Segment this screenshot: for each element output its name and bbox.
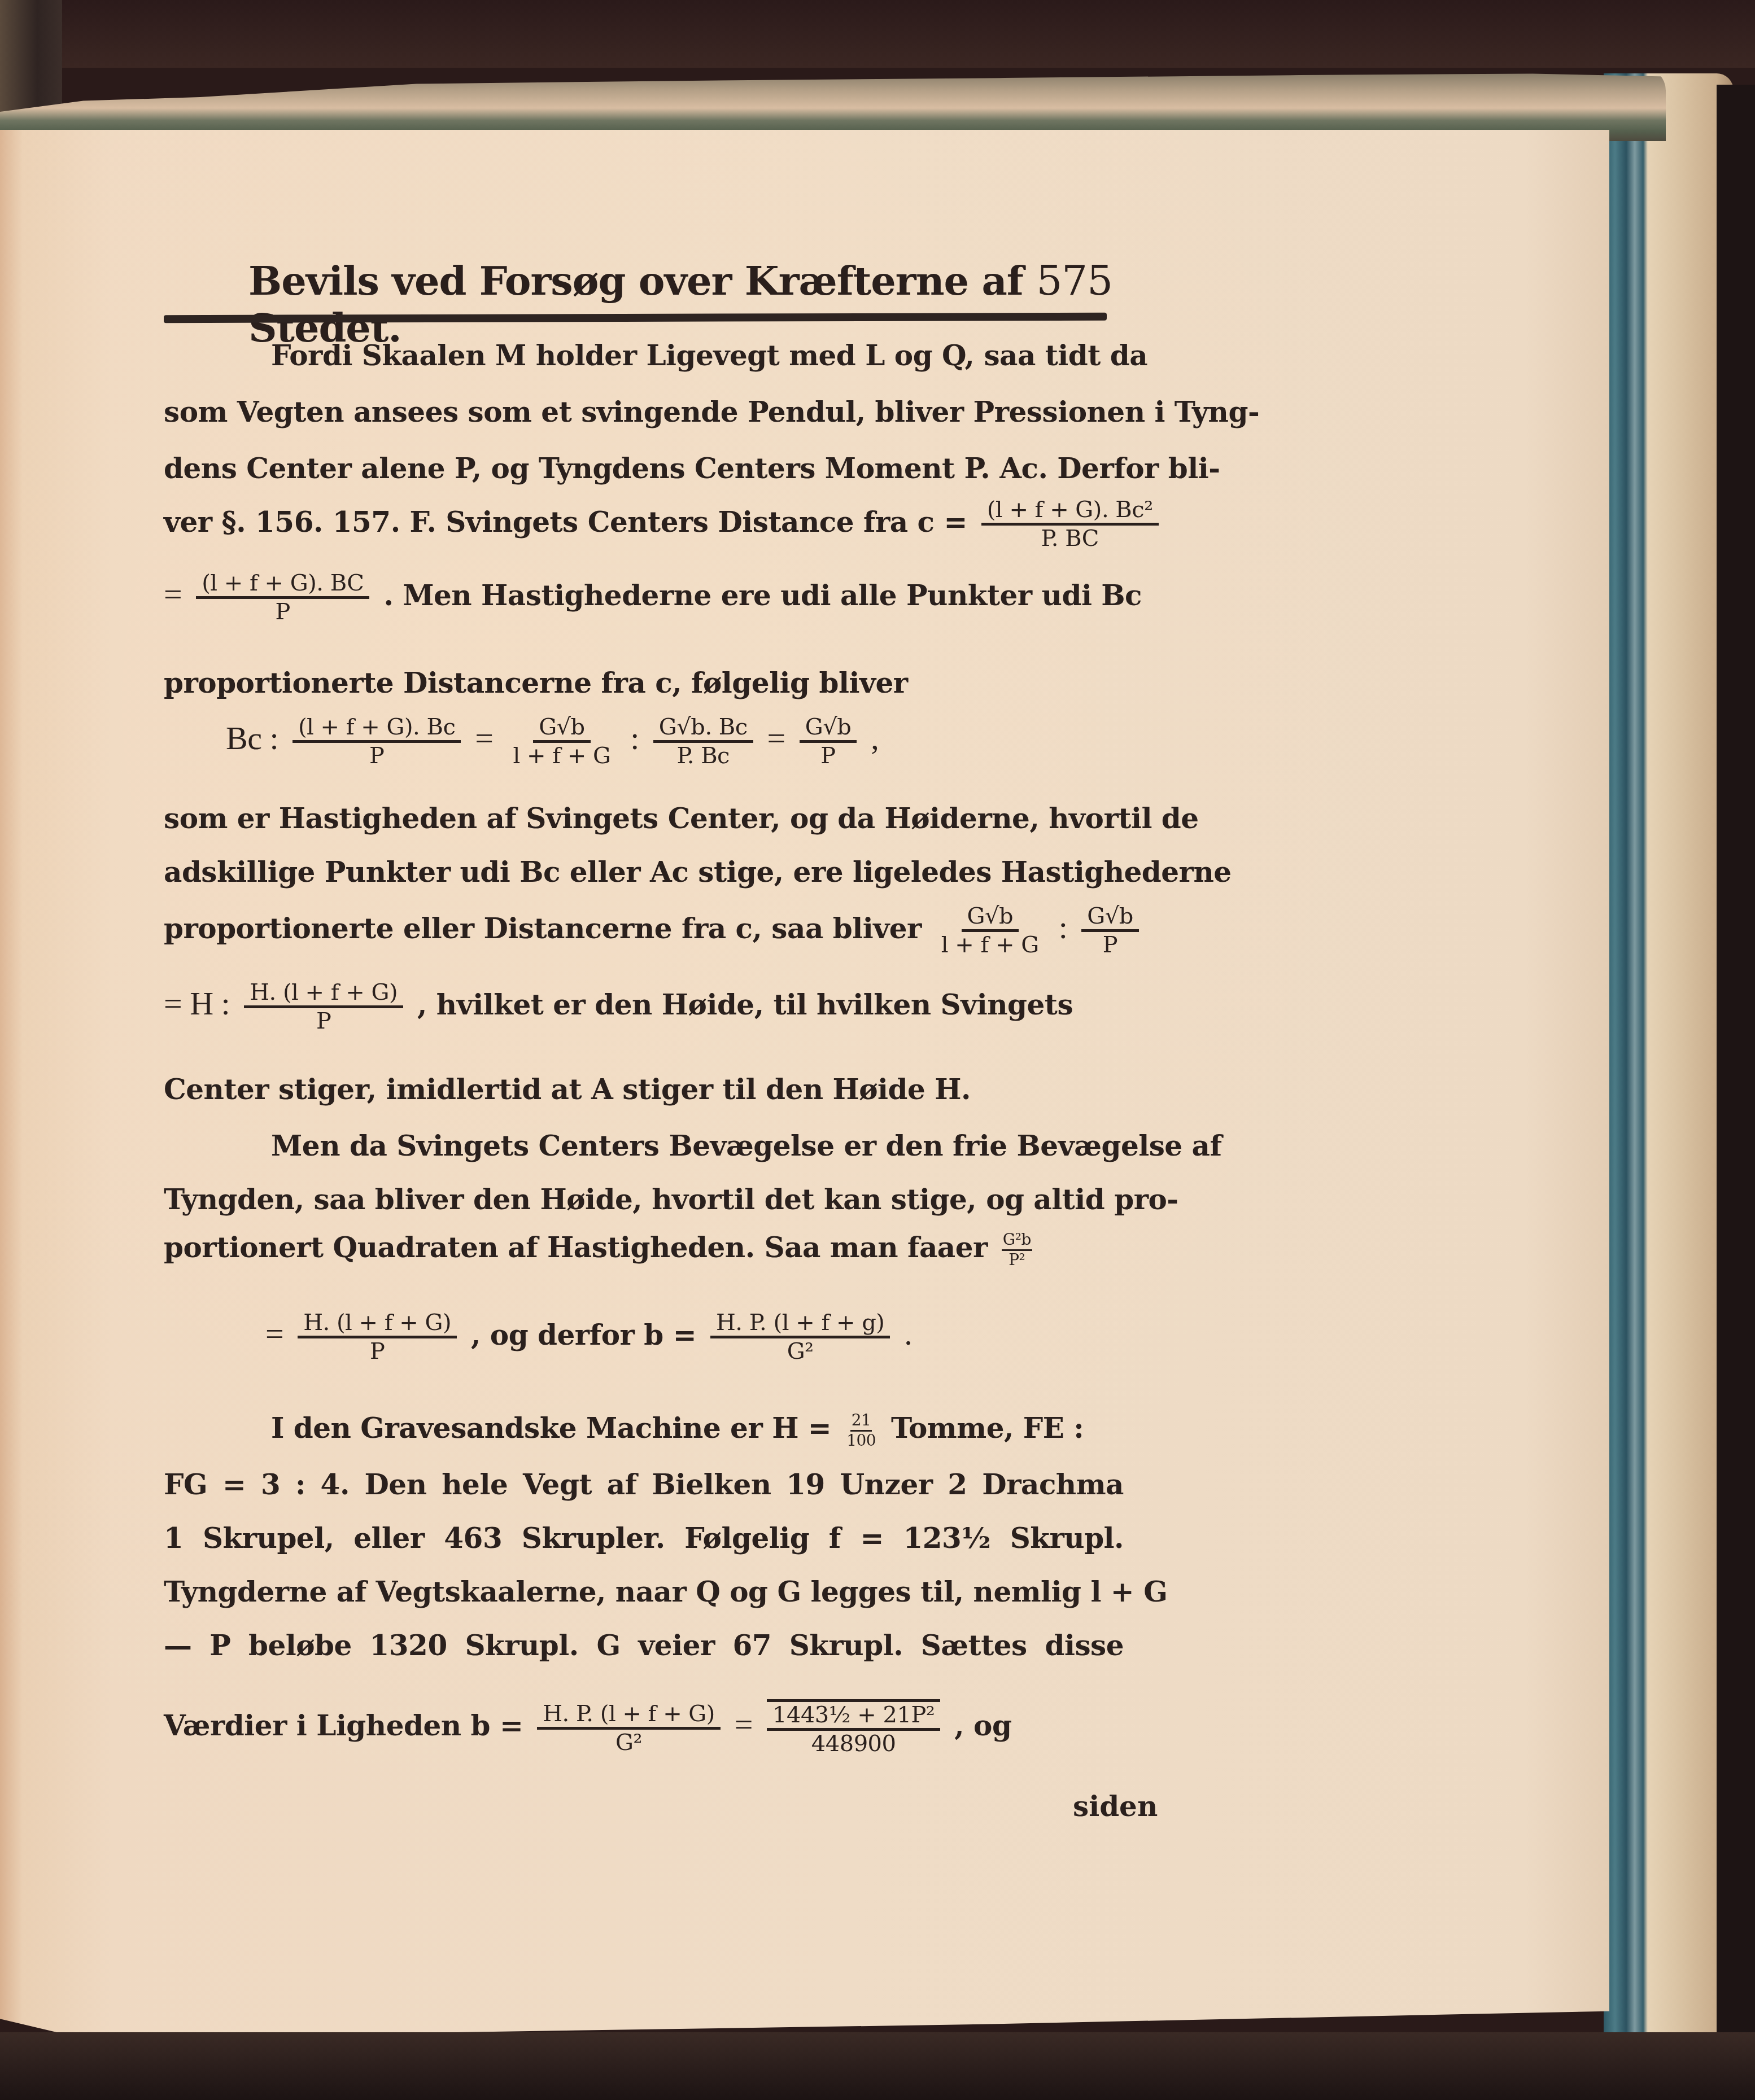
equals-sign: = [735,1706,753,1743]
background-bottom [0,2032,1755,2100]
numerator: H. P. (l + f + G) [537,1701,721,1730]
denominator: P² [1007,1251,1026,1269]
equals-sign: = [265,1315,283,1352]
equation-line: I den Gravesandske Machine er H = 21 100… [164,1411,1124,1450]
text-line: 1 Skrupel, eller 463 Skrupler. Følgelig … [164,1521,1124,1555]
page-number: 575 [1037,257,1112,304]
denominator: G² [610,1730,648,1756]
text-line: — P beløbe 1320 Skrupl. G veier 67 Skrup… [164,1629,1124,1662]
ratio-sign: : [630,720,639,756]
text-line: Center stiger, imidlertid at A stiger ti… [164,1073,1124,1106]
math-term: Bc : [226,720,278,756]
fraction: H. (l + f + G) P [298,1310,457,1364]
equation-line: portionert Quadraten af Hastigheden. Saa… [164,1231,1124,1269]
equation-line: = H. (l + f + G) P , og derfor b = H. P.… [265,1310,1056,1364]
numerator: (l + f + G). Bc [292,714,461,743]
fraction: (l + f + G). BC P [196,570,369,625]
denominator: P [311,1008,337,1034]
denominator: P [270,599,296,625]
numerator: 21 [850,1411,872,1431]
denominator: P [364,743,390,769]
equation-line: = H : H. (l + f + G) P , hvilket er den … [164,979,1124,1034]
text-span: Værdier i Ligheden b = [164,1709,523,1742]
text-span: ver §. 156. 157. F. Svingets Centers Dis… [164,505,967,539]
fraction: G√b P [800,714,857,769]
equation-line: Værdier i Ligheden b = H. P. (l + f + G)… [164,1699,1124,1757]
numerator: (l + f + G). BC [196,570,369,599]
text-line: som er Hastigheden af Svingets Center, o… [164,802,1124,835]
text-span: , og [954,1709,1011,1742]
text-span: . Men Hastighederne ere udi alle Punkter… [383,579,1142,612]
catchword: siden [1073,1790,1158,1823]
denominator: G² [782,1338,819,1364]
fraction: G√b l + f + G [507,714,616,769]
numerator: G√b [1081,903,1139,932]
text-line: som Vegten ansees som et svingende Pendu… [164,395,1124,428]
running-header: Bevils ved Forsøg over Kræfterne af Sted… [248,257,1112,351]
numerator: G√b [533,714,591,743]
numerator: G²b [1002,1231,1032,1250]
numerator: G√b. Bc [653,714,753,743]
text-span: proportionerte eller Distancerne fra c, … [164,912,922,945]
fraction: G√b. Bc P. Bc [653,714,753,769]
equals-sign: = [767,720,785,756]
numerator: G√b [800,714,857,743]
text-line: Fordi Skaalen M holder Ligevegt med L og… [164,339,1124,372]
text-line: Tyngderne af Vegtskaalerne, naar Q og G … [164,1575,1124,1608]
text-line: Men da Svingets Centers Bevægelse er den… [164,1129,1124,1162]
text-line: adskillige Punkter udi Bc eller Ac stige… [164,855,1124,889]
period: . [904,1315,912,1352]
equation-line: proportionerte eller Distancerne fra c, … [164,903,1124,958]
equation-line: ver §. 156. 157. F. Svingets Centers Dis… [164,497,1124,552]
math-term: = H : [164,985,230,1022]
fraction: (l + f + G). Bc P [292,714,461,769]
comma: , [871,720,879,756]
text-span: Tomme, FE : [891,1411,1084,1445]
fraction: (l + f + G). Bc² P. BC [981,497,1159,552]
denominator: P. Bc [671,743,735,769]
page-fore-edge [1604,73,1734,2049]
fraction: H. P. (l + f + G) G² [537,1701,721,1756]
background-right [1717,85,1755,2060]
book-cover-top [0,0,1755,68]
fraction: H. P. (l + f + g) G² [710,1310,890,1364]
equals-sign: = [164,576,182,613]
numerator: G√b [962,903,1019,932]
ratio-sign: : [1059,909,1068,946]
denominator: P [1097,932,1123,958]
denominator: P [364,1338,390,1364]
running-title: Bevils ved Forsøg over Kræfterne af Sted… [248,257,1037,351]
numerator: H. P. (l + f + g) [710,1310,890,1338]
equation-line: Bc : (l + f + G). Bc P = G√b l + f + G :… [226,714,1016,769]
text-span: portionert Quadraten af Hastigheden. Saa… [164,1231,988,1264]
equation-line: = (l + f + G). BC P . Men Hastighederne … [164,570,1124,625]
text-span: I den Gravesandske Machine er H = [271,1411,831,1445]
fraction: G√b l + f + G [936,903,1045,958]
denominator: 100 [845,1432,877,1450]
fraction: H. (l + f + G) P [244,979,403,1034]
fraction: G√b P [1081,903,1139,958]
denominator: 448900 [806,1731,902,1757]
numerator-radical: 1443½ + 21P² [767,1699,940,1731]
numerator: H. (l + f + G) [244,979,403,1008]
fraction: G²b P² [1002,1231,1032,1268]
denominator: l + f + G [507,743,616,769]
denominator: P. BC [1035,526,1104,552]
equals-sign: = [475,720,493,756]
text-line: dens Center alene P, og Tyngdens Centers… [164,452,1124,485]
text-line: FG = 3 : 4. Den hele Vegt af Bielken 19 … [164,1468,1124,1501]
text-line: Tyngden, saa bliver den Høide, hvortil d… [164,1183,1124,1216]
fraction: 21 100 [845,1411,877,1449]
numerator: (l + f + G). Bc² [981,497,1159,526]
denominator: P [815,743,841,769]
text-span: , og derfor b = [471,1318,696,1351]
text-line: proportionerte Distancerne fra c, følgel… [164,666,1124,699]
denominator: l + f + G [936,932,1045,958]
text-span: , hvilket er den Høide, til hvilken Svin… [417,988,1073,1021]
fraction: 1443½ + 21P² 448900 [767,1699,940,1757]
numerator: H. (l + f + G) [298,1310,457,1338]
